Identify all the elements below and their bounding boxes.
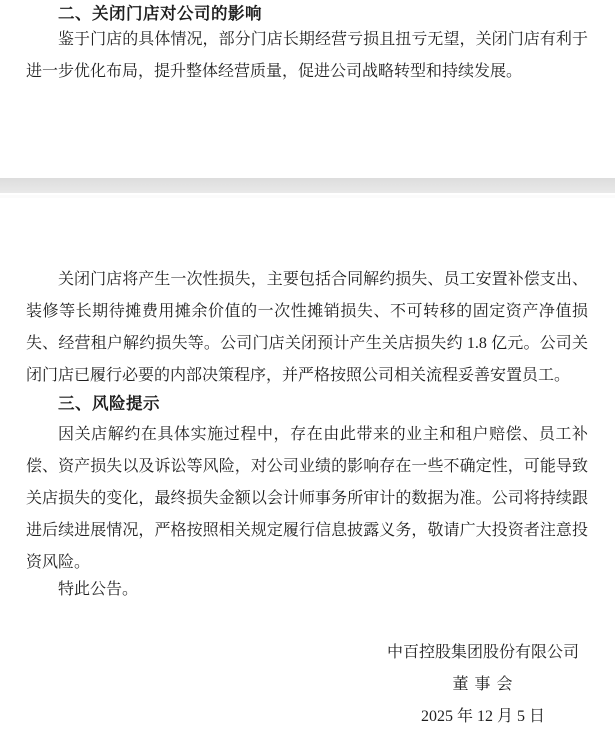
paragraph-closing-statement: 特此公告。: [26, 574, 326, 606]
company-name: 中百控股集团股份有限公司: [351, 637, 615, 669]
announcement-document-page: 二、关闭门店对公司的影响 鉴于门店的具体情况，部分门店长期经营亏损且扭亏无望，关…: [0, 0, 615, 736]
announcement-date: 2025 年 12 月 5 日: [351, 701, 615, 733]
page-break-divider: [0, 178, 615, 193]
board-signature: 董 事 会: [351, 669, 615, 701]
page-break-divider-highlight: [0, 195, 615, 198]
paragraph-risk-warning: 因关店解约在具体实施过程中，存在由此带来的业主和租户赔偿、员工补偿、资产损失以及…: [26, 419, 588, 579]
paragraph-impact-overview: 鉴于门店的具体情况，部分门店长期经营亏损且扭亏无望，关闭门店有利于进一步优化布局…: [26, 24, 588, 88]
signoff-block: 中百控股集团股份有限公司 董 事 会 2025 年 12 月 5 日: [351, 637, 615, 733]
paragraph-impact-losses: 关闭门店将产生一次性损失，主要包括合同解约损失、员工安置补偿支出、装修等长期待摊…: [26, 264, 588, 392]
section-heading-risk: 三、风险提示: [58, 391, 160, 417]
